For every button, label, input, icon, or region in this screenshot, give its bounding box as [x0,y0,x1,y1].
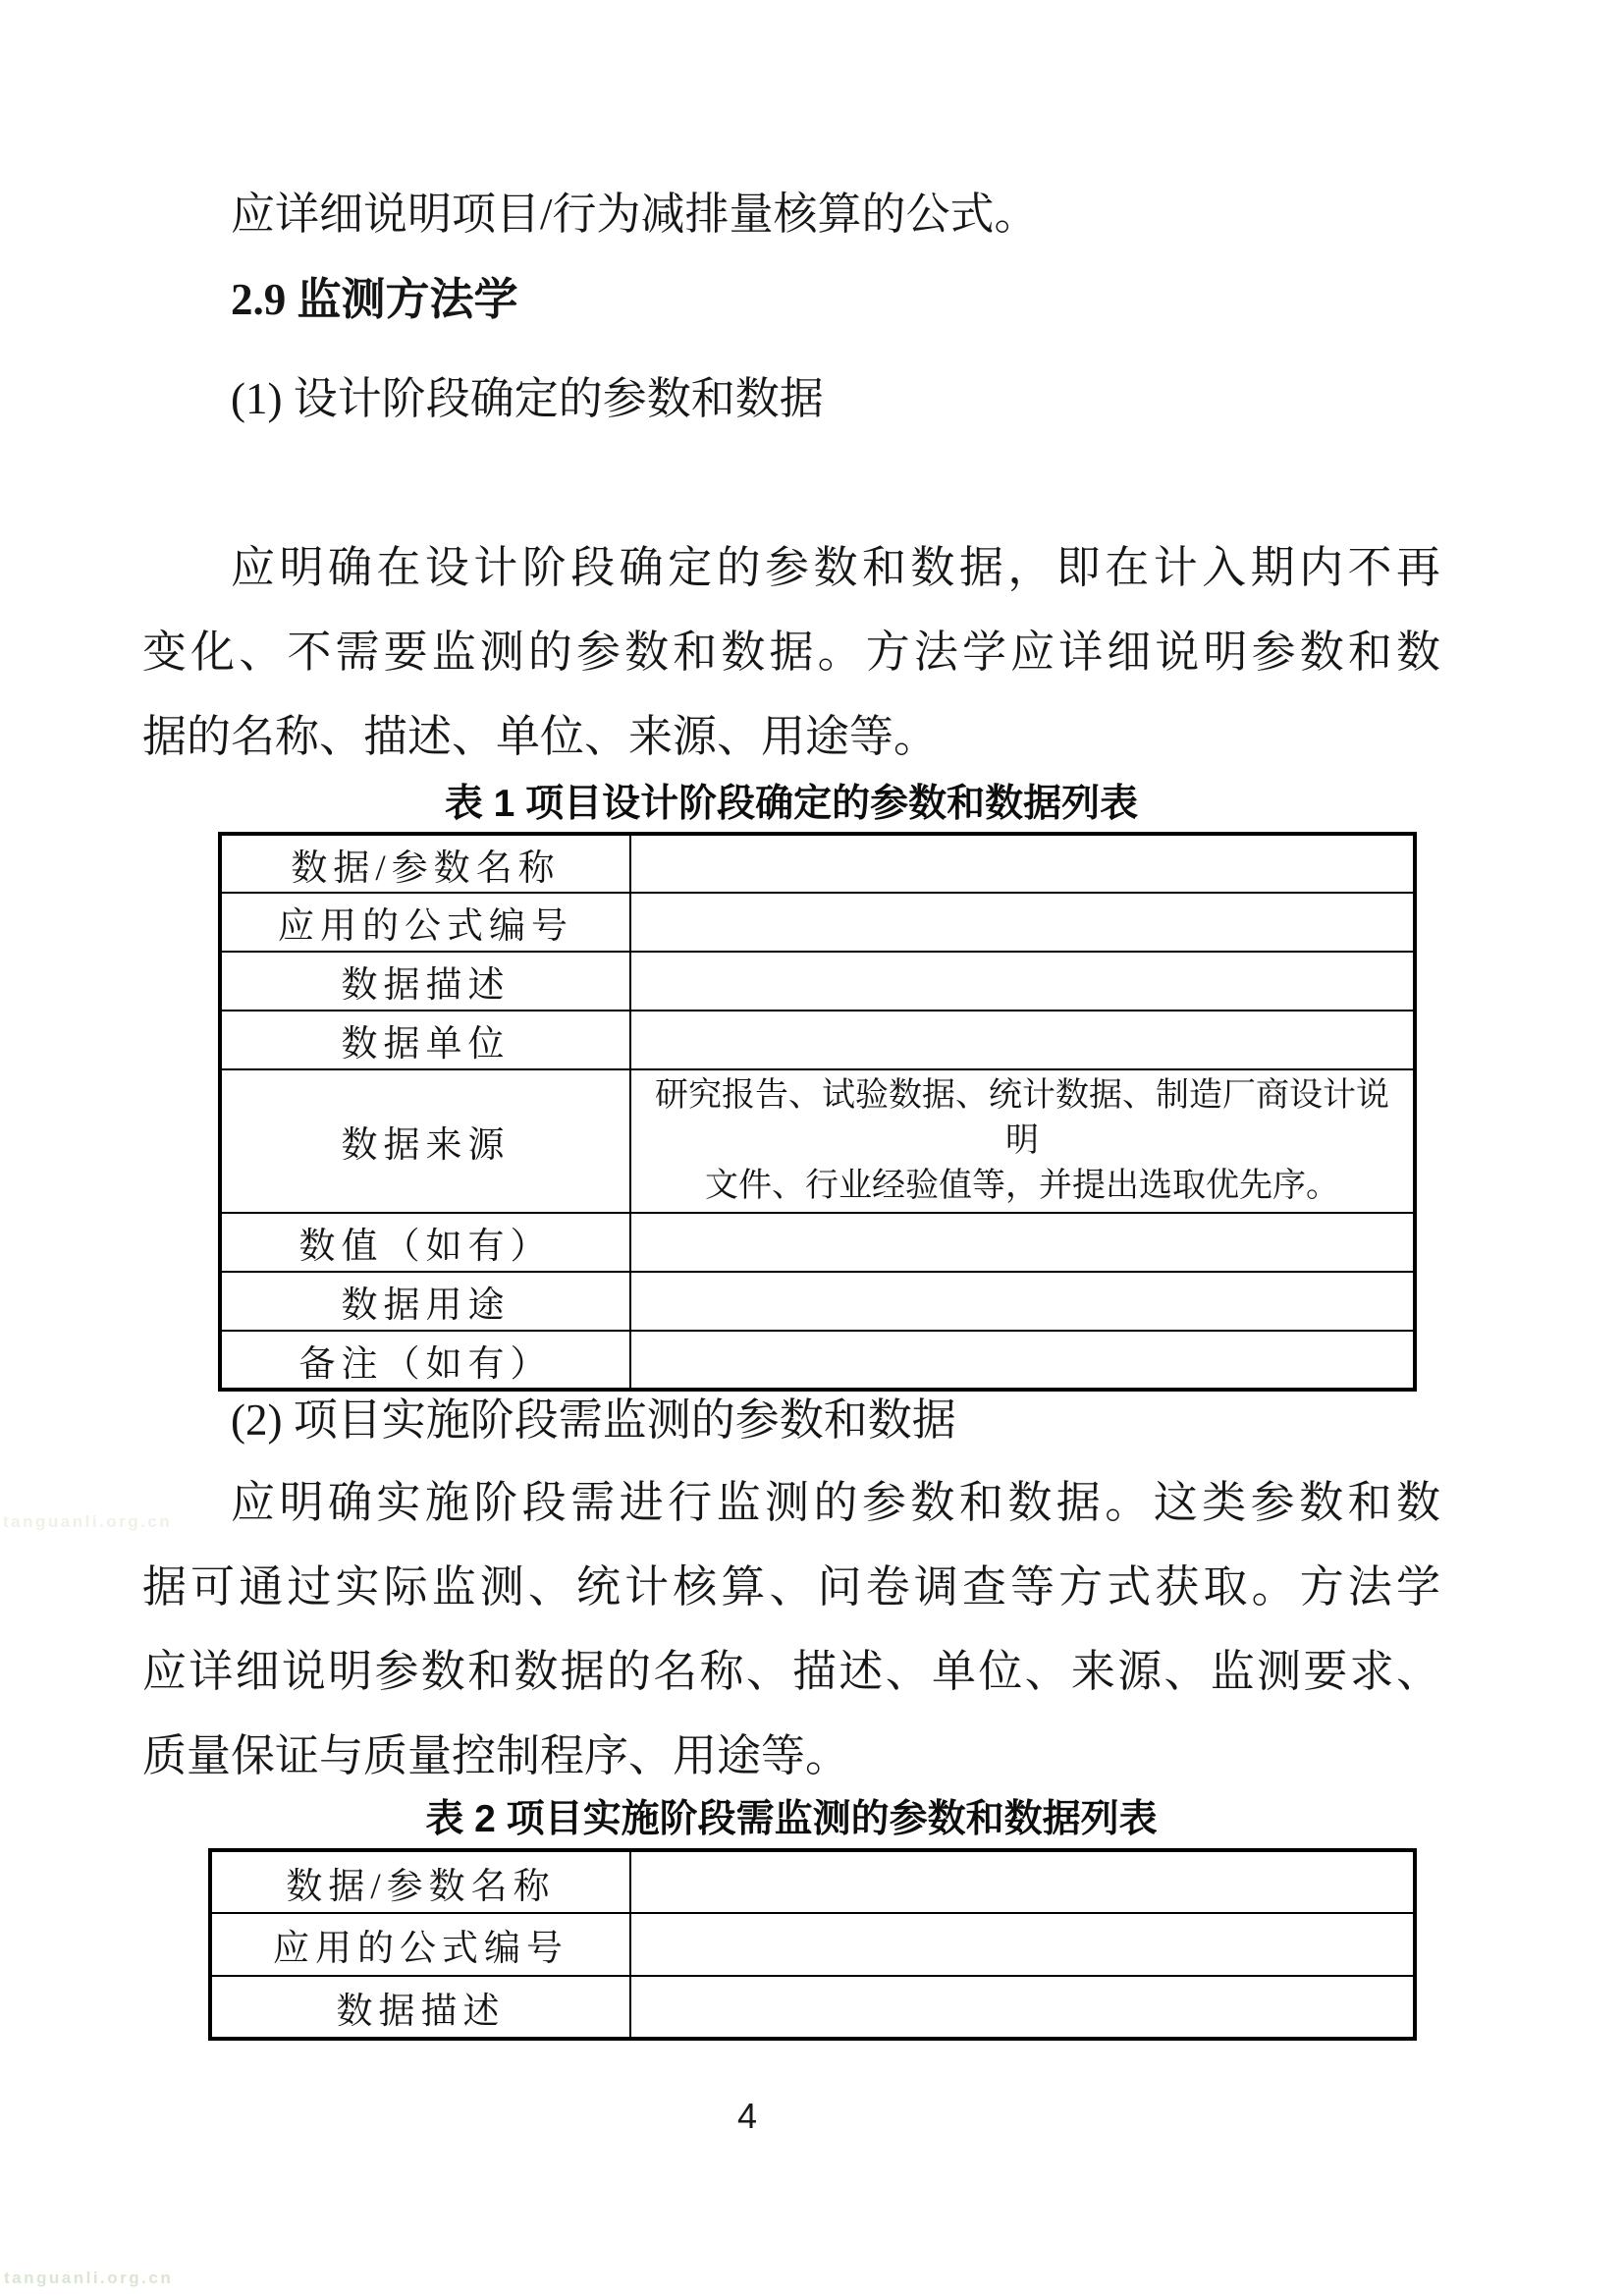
row-value-cell [630,1213,1415,1272]
table-1-caption: 表 1 项目设计阶段确定的参数和数据列表 [142,779,1440,830]
watermark-left: tanguanli.org.cn [3,1512,172,1532]
paragraph-implementation-stage: 应明确实施阶段需进行监测的参数和数据。这类参数和数 据可通过实际监测、统计核算、… [142,1460,1440,1798]
table-2-caption: 表 2 项目实施阶段需监测的参数和数据列表 [142,1794,1440,1845]
row-label-cell: 应用的公式编号 [220,893,630,952]
table-row: 数值（如有） [220,1213,1415,1272]
paragraph-line: 应详细说明参数和数据的名称、描述、单位、来源、监测要求、 [142,1629,1440,1714]
table-row: 数据/参数名称 [220,834,1415,893]
row-value-cell [630,1913,1415,1976]
row-value-cell [630,893,1415,952]
table-row: 应用的公式编号 [220,893,1415,952]
table-row: 数据单位 [220,1011,1415,1069]
paragraph-line: 据的名称、描述、单位、来源、用途等。 [142,694,1440,779]
paragraph-design-stage: 应明确在设计阶段确定的参数和数据，即在计入期内不再 变化、不需要监测的参数和数据… [142,525,1440,779]
section-heading-2-9: 2.9 监测方法学 [142,257,1440,342]
table-row: 数据来源 研究报告、试验数据、统计数据、制造厂商设计说明 文件、行业经验值等，并… [220,1069,1415,1213]
table-row: 数据用途 [220,1272,1415,1331]
paragraph-line: 据可通过实际监测、统计核算、问卷调查等方式获取。方法学 [142,1545,1440,1629]
item-2-heading: (2) 项目实施阶段需监测的参数和数据 [142,1378,1440,1462]
table-row: 数据描述 [210,1976,1415,2039]
table-1-design-stage-parameters: 数据/参数名称 应用的公式编号 数据描述 数据单位 数据来源 研究报告、试验数据… [218,832,1417,1392]
watermark-bottom: tanguanli.org.cn [4,2269,173,2288]
item-1-heading: (1) 设计阶段确定的参数和数据 [142,356,1440,441]
data-source-line: 研究报告、试验数据、统计数据、制造厂商设计说明 [641,1073,1403,1164]
page-number: 4 [0,2092,1494,2141]
row-value-cell [630,1011,1415,1069]
document-page: 应详细说明项目/行为减排量核算的公式。 2.9 监测方法学 (1) 设计阶段确定… [0,0,1623,2296]
row-value-cell [630,1850,1415,1913]
row-label-cell: 数据/参数名称 [220,834,630,893]
paragraph-line: 质量保证与质量控制程序、用途等。 [142,1714,1440,1798]
row-value-cell [630,1976,1415,2039]
row-value-cell [630,952,1415,1011]
table-row: 数据描述 [220,952,1415,1011]
row-label-cell: 应用的公式编号 [210,1913,630,1976]
row-label-cell: 数据来源 [220,1069,630,1213]
paragraph-line: 应明确在设计阶段确定的参数和数据，即在计入期内不再 [142,525,1440,610]
row-label-cell: 数据描述 [210,1976,630,2039]
row-label-cell: 数值（如有） [220,1213,630,1272]
data-source-line: 文件、行业经验值等，并提出选取优先序。 [641,1164,1403,1209]
paragraph-intro-line: 应详细说明项目/行为减排量核算的公式。 [142,172,1440,256]
row-label-cell: 数据用途 [220,1272,630,1331]
table-row: 数据/参数名称 [210,1850,1415,1913]
row-label-cell: 数据/参数名称 [210,1850,630,1913]
row-value-cell [630,834,1415,893]
row-value-cell: 研究报告、试验数据、统计数据、制造厂商设计说明 文件、行业经验值等，并提出选取优… [630,1069,1415,1213]
row-value-cell [630,1272,1415,1331]
table-row: 应用的公式编号 [210,1913,1415,1976]
row-label-cell: 数据单位 [220,1011,630,1069]
paragraph-line: 应明确实施阶段需进行监测的参数和数据。这类参数和数 [142,1460,1440,1545]
table-2-monitored-parameters: 数据/参数名称 应用的公式编号 数据描述 [208,1848,1417,2041]
paragraph-line: 变化、不需要监测的参数和数据。方法学应详细说明参数和数 [142,610,1440,694]
row-label-cell: 数据描述 [220,952,630,1011]
